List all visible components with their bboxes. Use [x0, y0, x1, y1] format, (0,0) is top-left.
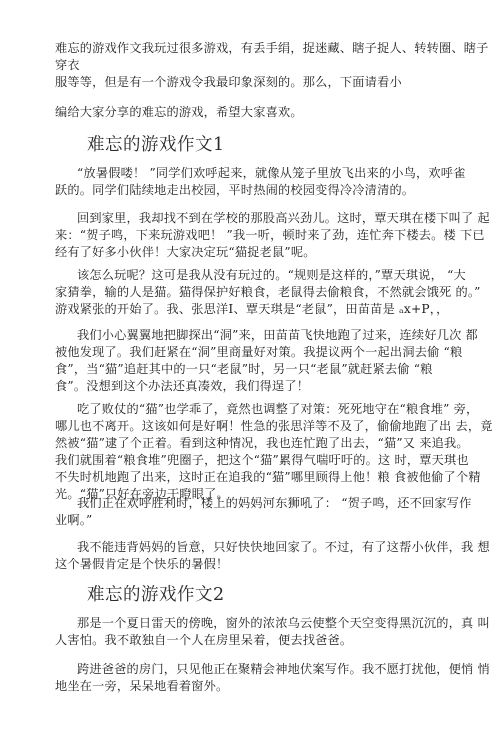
text-line: 然被“猫”逮了个正着。看到这种情况，我也连忙跑了出去，“猫”又 来追我。	[55, 435, 445, 452]
intro-line: 穿衣	[55, 57, 445, 74]
essay1-paragraph-2: 回到家里，我却找不到在学校的那股高兴劲儿。这时，覃天琪在楼下叫了 起 来：“贺子…	[55, 210, 445, 261]
text-line: 哪儿也不离开。这该如何是好啊！性急的张思洋等不及了，偷偷地跑了出 去，竟	[55, 418, 445, 435]
text-line: 我们小心翼翼地把脚探出“洞”来，田苗苗飞快地跑了过来，连续好几次 都	[55, 327, 445, 344]
text-line: 跨进爸爸的房门，只见他正在聚精会神地伏案写作。我不愿打扰他，便悄 悄	[55, 661, 445, 678]
text-line: 这个暑假肯定是个快乐的暑假！	[55, 556, 445, 573]
text-line: 游戏紧张的开始了。我、张思洋I、覃天琪是“老鼠”，田苗苗是 ₐx+P，，	[55, 301, 445, 318]
essay1-title: 难忘的游戏作文1	[87, 134, 225, 156]
essay1-paragraph-7: 我不能违背妈妈的旨意，只好快快地回家了。不过，有了这帮小伙伴，我 想 这个暑假肯…	[55, 539, 445, 573]
text-line: 回到家里，我却找不到在学校的那股高兴劲儿。这时，覃天琪在楼下叫了 起	[55, 210, 445, 227]
text-line: 业啊。”	[55, 512, 445, 529]
text-line: 我不能违背妈妈的旨意，只好快快地回家了。不过，有了这帮小伙伴，我 想	[55, 539, 445, 556]
text-line: 人害怕。我不敢独自一个人在房里呆着，便去找爸爸。	[55, 632, 445, 649]
text-line: 地坐在一旁，呆呆地看着窗外。	[55, 678, 445, 695]
text-line: 家猜拳，输的人是猫。猫得保护好粮食，老鼠得去偷粮食，不然就会饿死 的。”	[55, 284, 445, 301]
essay1-paragraph-4: 我们小心翼翼地把脚探出“洞”来，田苗苗飞快地跑了过来，连续好几次 都 被他发现了…	[55, 327, 445, 395]
text-line: 我们正在欢呼胜利时，楼上的妈妈河东狮吼了： “贺子鸣，还不回家写作	[55, 495, 445, 512]
intro-line: 服等等，但是有一个游戏令我最印象深刻的。那么，下面请看小	[55, 74, 445, 91]
essay1-paragraph-1: “放暑假喽！ ”同学们欢呼起来，就像从笼子里放飞出来的小鸟，欢呼雀 跃的。同学们…	[55, 165, 445, 199]
text-line: 食”。没想到这个办法还真凑效，我们得逞了！	[55, 378, 445, 395]
intro-paragraph-2: 编给大家分享的难忘的游戏，希望大家喜欢。	[55, 104, 445, 121]
intro-line: 难忘的游戏作文我玩过很多游戏，有丢手绢，捉迷藏、瞎子捉人、转转圈、瞎子	[55, 40, 445, 57]
essay2-paragraph-2: 跨进爸爸的房门，只见他正在聚精会神地伏案写作。我不愿打扰他，便悄 悄 地坐在一旁…	[55, 661, 445, 695]
text-line: 那是一个夏日雷天的傍晚，窗外的浓浓乌云使整个天空变得黑沉沉的，真 叫	[55, 615, 445, 632]
essay1-paragraph-5: 吃了败仗的“猫”也学乖了，竟然也调整了对策：死死地守在“粮食堆” 旁， 哪儿也不…	[55, 401, 445, 503]
text-line: 被他发现了。我们赶紧在“洞”里商量好对策。我提议两个一起出洞去偷 “粮	[55, 344, 445, 361]
intro-line: 编给大家分享的难忘的游戏，希望大家喜欢。	[55, 104, 445, 121]
document-page: 难忘的游戏作文我玩过很多游戏，有丢手绢，捉迷藏、瞎子捉人、转转圈、瞎子 穿衣 服…	[0, 0, 500, 747]
text-line: 食”，当“猫”追赶其中的一只“老鼠”时，另一只“老鼠”就赶紧去偷 “粮	[55, 361, 445, 378]
essay2-title: 难忘的游戏作文2	[87, 584, 225, 606]
text-line: 该怎么玩呢？这可是我从没有玩过的。“规则是这样的，”覃天琪说， “大	[55, 267, 445, 284]
text-line: 吃了败仗的“猫”也学乖了，竟然也调整了对策：死死地守在“粮食堆” 旁，	[55, 401, 445, 418]
text-line: 跃的。同学们陆续地走出校园，平时热闹的校园变得冷冷清清的。	[55, 182, 445, 199]
essay1-paragraph-6: 我们正在欢呼胜利时，楼上的妈妈河东狮吼了： “贺子鸣，还不回家写作 业啊。”	[55, 495, 445, 529]
essay1-paragraph-3: 该怎么玩呢？这可是我从没有玩过的。“规则是这样的，”覃天琪说， “大 家猜拳，输…	[55, 267, 445, 318]
essay2-paragraph-1: 那是一个夏日雷天的傍晚，窗外的浓浓乌云使整个天空变得黑沉沉的，真 叫 人害怕。我…	[55, 615, 445, 649]
text-line: 我们就围着“粮食堆”兜圈子，把这个“猫”累得气喘吁吁的。这 时，覃天琪也	[55, 452, 445, 469]
text-line: “放暑假喽！ ”同学们欢呼起来，就像从笼子里放飞出来的小鸟，欢呼雀	[55, 165, 445, 182]
intro-paragraph: 难忘的游戏作文我玩过很多游戏，有丢手绢，捉迷藏、瞎子捉人、转转圈、瞎子 穿衣 服…	[55, 40, 445, 91]
text-line: 经有了好多小伙伴！大家决定玩“猫捉老鼠”呢。	[55, 244, 445, 261]
text-line: 来：“贺子鸣，下来玩游戏吧！ ”我一听，顿时来了劲，连忙奔下楼去。楼 下已	[55, 227, 445, 244]
text-line: 不失时机地跑了出来，这时正在追我的“猫”哪里顾得上他！粮 食被他偷了个精	[55, 469, 445, 486]
